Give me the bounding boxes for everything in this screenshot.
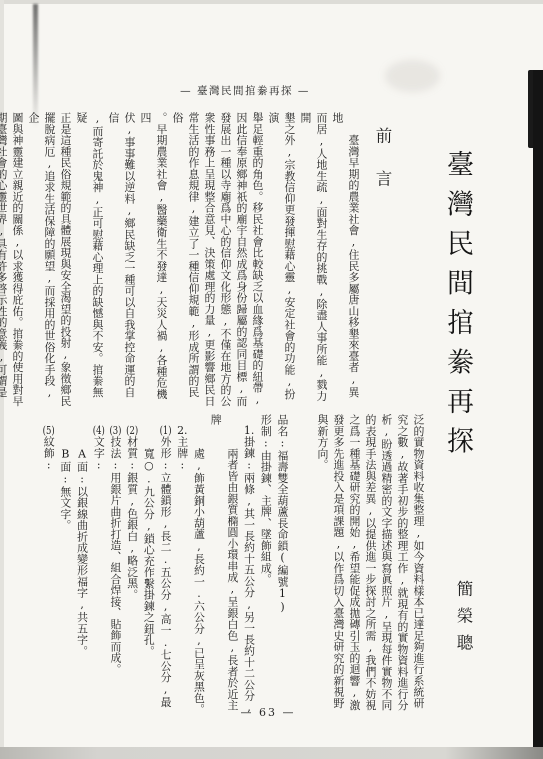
scan-crease-streak bbox=[33, 4, 38, 128]
text-column: 常生活的作息規律,建立了一種信仰規範,形成所謂的民俗 bbox=[169, 112, 201, 407]
text-column: B面:無文字。 bbox=[56, 414, 73, 716]
text-column: 墾之外,宗教信仰更發揮慰藉心靈,安定社會的功能,扮演 bbox=[265, 112, 297, 407]
text-column: 期臺灣社會的心靈世界,具有許多啓示性的意義,可謂是探 bbox=[0, 112, 9, 407]
body-text-top-band: 臺灣早期的農業社會,住民多屬唐山移墾來臺者,異地而居,人地生疏,面對生存的挑戰,… bbox=[54, 112, 361, 407]
text-column: 。早期農業社會,醫藥衛生不發達,天災人禍,各種危機四 bbox=[137, 112, 169, 407]
text-column: 的表現手法與差異,以提供進一步探討之所需,我們不妨視 bbox=[362, 414, 378, 714]
text-column: 之爲一種基礎研究的開始,希望能促成拋磚引玉的迴響,激 bbox=[346, 414, 362, 714]
scan-right-edge-band bbox=[533, 70, 543, 759]
text-column: 發更多先進投入是項課題,以作爲切入臺灣史研究的新視野 bbox=[330, 414, 346, 714]
scanned-document-page: — 臺灣民間捾絭再探 — 臺灣民間捾絭再探 簡榮聰 前 言 臺灣早期的農業社會,… bbox=[0, 0, 543, 759]
text-column: 究之數,故著手初步的整理工作,就現有的實物資料進行分 bbox=[394, 414, 410, 714]
text-column: 與新方向。 bbox=[314, 414, 330, 714]
text-column: ,而寄託於鬼神,正可慰藉心理上的缺憾與不安。捾絭無疑 bbox=[73, 112, 105, 407]
text-column: 臺灣早期的農業社會,住民多屬唐山移墾來臺者,異地 bbox=[329, 112, 361, 407]
text-column: 而居,人地生疏,面對生存的挑戰,除盡人事所能,戮力開 bbox=[297, 112, 329, 407]
text-column: 舉足輕重的角色。移民社會比較缺乏以血緣爲基礎的紐帶, bbox=[249, 112, 265, 407]
text-column: 處,飾黃銅小葫蘆,長約一.六公分,已呈灰黑色。 bbox=[190, 414, 207, 716]
text-column: 1.掛鍊:兩條,其一長約十五公分,另一長約十二公分, bbox=[240, 414, 257, 716]
text-column: 形制:由掛鍊、主牌、墜飾組成。 bbox=[257, 414, 274, 716]
text-column: 因此信奉原鄉神祇的廟宇自然成爲身份歸屬的認同目標,而 bbox=[233, 112, 249, 407]
text-column: 圖與神靈建立親近的關係,以求獲得庇佑。捾絭的使用對早 bbox=[9, 112, 25, 407]
text-column: (2)材質:銀質,色銀白,略泛黑。 bbox=[123, 414, 140, 716]
article-author: 簡榮聰 bbox=[452, 580, 474, 661]
body-text-catalog-band: 品名:福壽雙全葫蘆長命鎖(編號1)形制:由掛鍊、主牌、墜飾組成。 1.掛鍊:兩條… bbox=[55, 414, 290, 716]
text-column: (1)外形:立體鎖形,長二.五公分,高一.七公分,最 bbox=[156, 414, 173, 716]
text-column: (4)文字: bbox=[90, 414, 107, 716]
text-column: 析,盼透過精密的文字描述與寫眞照片,呈現每件實物不同 bbox=[378, 414, 394, 714]
article-title: 臺灣民間捾絭再探 bbox=[442, 150, 472, 466]
section-heading-foreword: 前 言 bbox=[372, 127, 392, 192]
scan-bottom-edge-band bbox=[0, 747, 543, 759]
text-column: (5)紋飾: bbox=[39, 414, 56, 716]
text-column: 寬○.九公分,鎖心充作繫掛鍊之鈕孔。 bbox=[140, 414, 157, 716]
text-column: 擺脫病厄,追求生活保障的願望,而採用的世俗化手段,企 bbox=[25, 112, 57, 407]
text-column: 泛的實物資料收集整理,如今資料樣本已達足夠進行系統研 bbox=[410, 414, 426, 714]
body-text-intro-continuation-band: 泛的實物資料收集整理,如今資料樣本已達足夠進行系統研究之數,故著手初步的整理工作… bbox=[314, 414, 426, 714]
text-column: 正是這種民俗規範的具體展現與安全渴望的投射,象徵鄉民 bbox=[57, 112, 73, 407]
running-header: — 臺灣民間捾絭再探 — bbox=[0, 83, 490, 98]
page-number: — 63 — bbox=[0, 706, 536, 719]
text-column: 發展出一種以寺廟爲中心的信仰文化形態,不僅在地方的公 bbox=[217, 112, 233, 407]
text-column: (3)技法:用銀片曲折打造、組合焊接、貼飾而成。 bbox=[106, 414, 123, 716]
text-column: 伏,事事難以逆料,鄉民缺乏一種可以自我掌控命運的自信 bbox=[105, 112, 137, 407]
scan-edge-top bbox=[0, 0, 543, 4]
text-column: 兩者皆由銀質橢圓小環串成,呈銀白色,長者於近主牌 bbox=[206, 414, 239, 716]
text-column: 品名:福壽雙全葫蘆長命鎖(編號1) bbox=[273, 414, 290, 716]
text-column: 2.主牌: bbox=[173, 414, 190, 716]
text-column: 衆性事務上呈現整合意見、決策處理的力量,更影響鄉民日 bbox=[201, 112, 217, 407]
text-column: A面:以銀線曲折成變形福字,共五字。 bbox=[73, 414, 90, 716]
